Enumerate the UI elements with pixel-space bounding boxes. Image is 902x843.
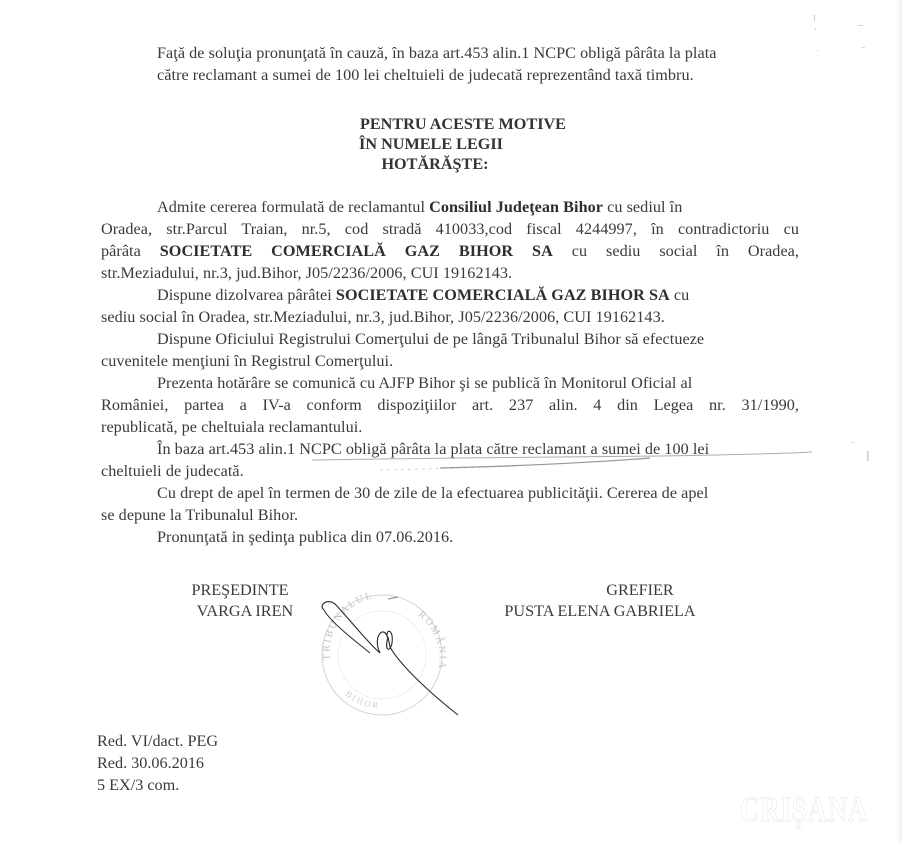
ruling-p2-line-2: sediu social în Oradea, str.Meziadului, … bbox=[101, 307, 799, 327]
ruling-p6-line-2: se depune la Tribunalul Bihor. bbox=[101, 505, 799, 525]
footer-copies: 5 EX/3 com. bbox=[97, 775, 179, 795]
ruling-p1-line-4: str.Meziadului, nr.3, jud.Bihor, J05/223… bbox=[101, 263, 799, 283]
ruling-p4-line-3: republicată, pe cheltuiala reclamantului… bbox=[101, 417, 799, 437]
heading-hotaraste: HOTĂRĂŞTE: bbox=[0, 154, 886, 174]
text: cu sediul în bbox=[603, 198, 682, 216]
intro-line-2: către reclamant a sumei de 100 lei chelt… bbox=[157, 65, 799, 85]
ruling-p1-line-3: pârâta SOCIETATE COMERCIALĂ GAZ BIHOR SA… bbox=[101, 241, 799, 261]
ruling-p5-line-2: cheltuieli de judecată. bbox=[101, 461, 799, 481]
ruling-p5-line-1: În baza art.453 alin.1 NCPC obligă pârât… bbox=[157, 439, 799, 459]
president-title: PREŞEDINTE bbox=[180, 580, 300, 600]
defendant-name: SOCIETATE COMERCIALĂ GAZ BIHOR SA bbox=[336, 286, 670, 304]
page-edge-shadow bbox=[896, 0, 902, 843]
ruling-p6-line-1: Cu drept de apel în termen de 30 de zile… bbox=[157, 483, 799, 503]
svg-text:ROMÂNIA: ROMÂNIA bbox=[416, 609, 448, 671]
text: cu sediu social în Oradea, bbox=[553, 242, 799, 260]
heading-motive: PENTRU ACESTE MOTIVE bbox=[12, 114, 902, 134]
ruling-p4-line-2: României, partea a IV-a conform dispoziţ… bbox=[101, 395, 799, 415]
text: Admite cererea formulată de reclamantul bbox=[157, 198, 429, 216]
intro-text-2: către reclamant a sumei de 100 lei chelt… bbox=[157, 66, 694, 84]
heading-numele-legii: ÎN NUMELE LEGII bbox=[0, 134, 882, 154]
svg-text:BIHOR: BIHOR bbox=[344, 689, 381, 711]
text: pârâta bbox=[101, 242, 160, 260]
claimant-name: Consiliul Judeţean Bihor bbox=[429, 198, 603, 216]
defendant-name: SOCIETATE COMERCIALĂ GAZ BIHOR SA bbox=[160, 242, 553, 260]
ruling-p1-line-2: Oradea, str.Parcul Traian, nr.5, cod str… bbox=[101, 219, 799, 239]
intro-text-1: Faţă de soluţia pronunţată în cauză, în … bbox=[157, 44, 717, 62]
ruling-p3-line-1: Dispune Oficiului Registrului Comerţului… bbox=[157, 329, 799, 349]
ruling-p1-line-1: Admite cererea formulată de reclamantul … bbox=[157, 197, 799, 217]
footer-date: Red. 30.06.2016 bbox=[97, 753, 204, 773]
ruling-p7-line-1: Pronunţată in şedinţa publica din 07.06.… bbox=[157, 527, 799, 547]
president-name: VARGA IREN bbox=[180, 601, 310, 621]
ruling-p3-line-2: cuvenitele menţiuni în Registrul Comerţu… bbox=[101, 351, 799, 371]
clerk-title: GREFIER bbox=[560, 580, 720, 600]
ruling-p4-line-1: Prezenta hotărâre se comunică cu AJFP Bi… bbox=[157, 373, 799, 393]
intro-line-1: Faţă de soluţia pronunţată în cauză, în … bbox=[157, 43, 799, 63]
text: cu bbox=[670, 286, 689, 304]
clerk-name: PUSTA ELENA GABRIELA bbox=[470, 601, 730, 621]
watermark-logo: CRIŞANA bbox=[740, 788, 868, 830]
document-page: Faţă de soluţia pronunţată în cauză, în … bbox=[0, 0, 902, 843]
footer-redactor: Red. VI/dact. PEG bbox=[97, 731, 218, 751]
text: Dispune dizolvarea pârâtei bbox=[157, 286, 336, 304]
ruling-p2-line-1: Dispune dizolvarea pârâtei SOCIETATE COM… bbox=[157, 285, 799, 305]
court-stamp-icon: TRIBUNALUL ROMÂNIA BIHOR bbox=[300, 575, 470, 725]
